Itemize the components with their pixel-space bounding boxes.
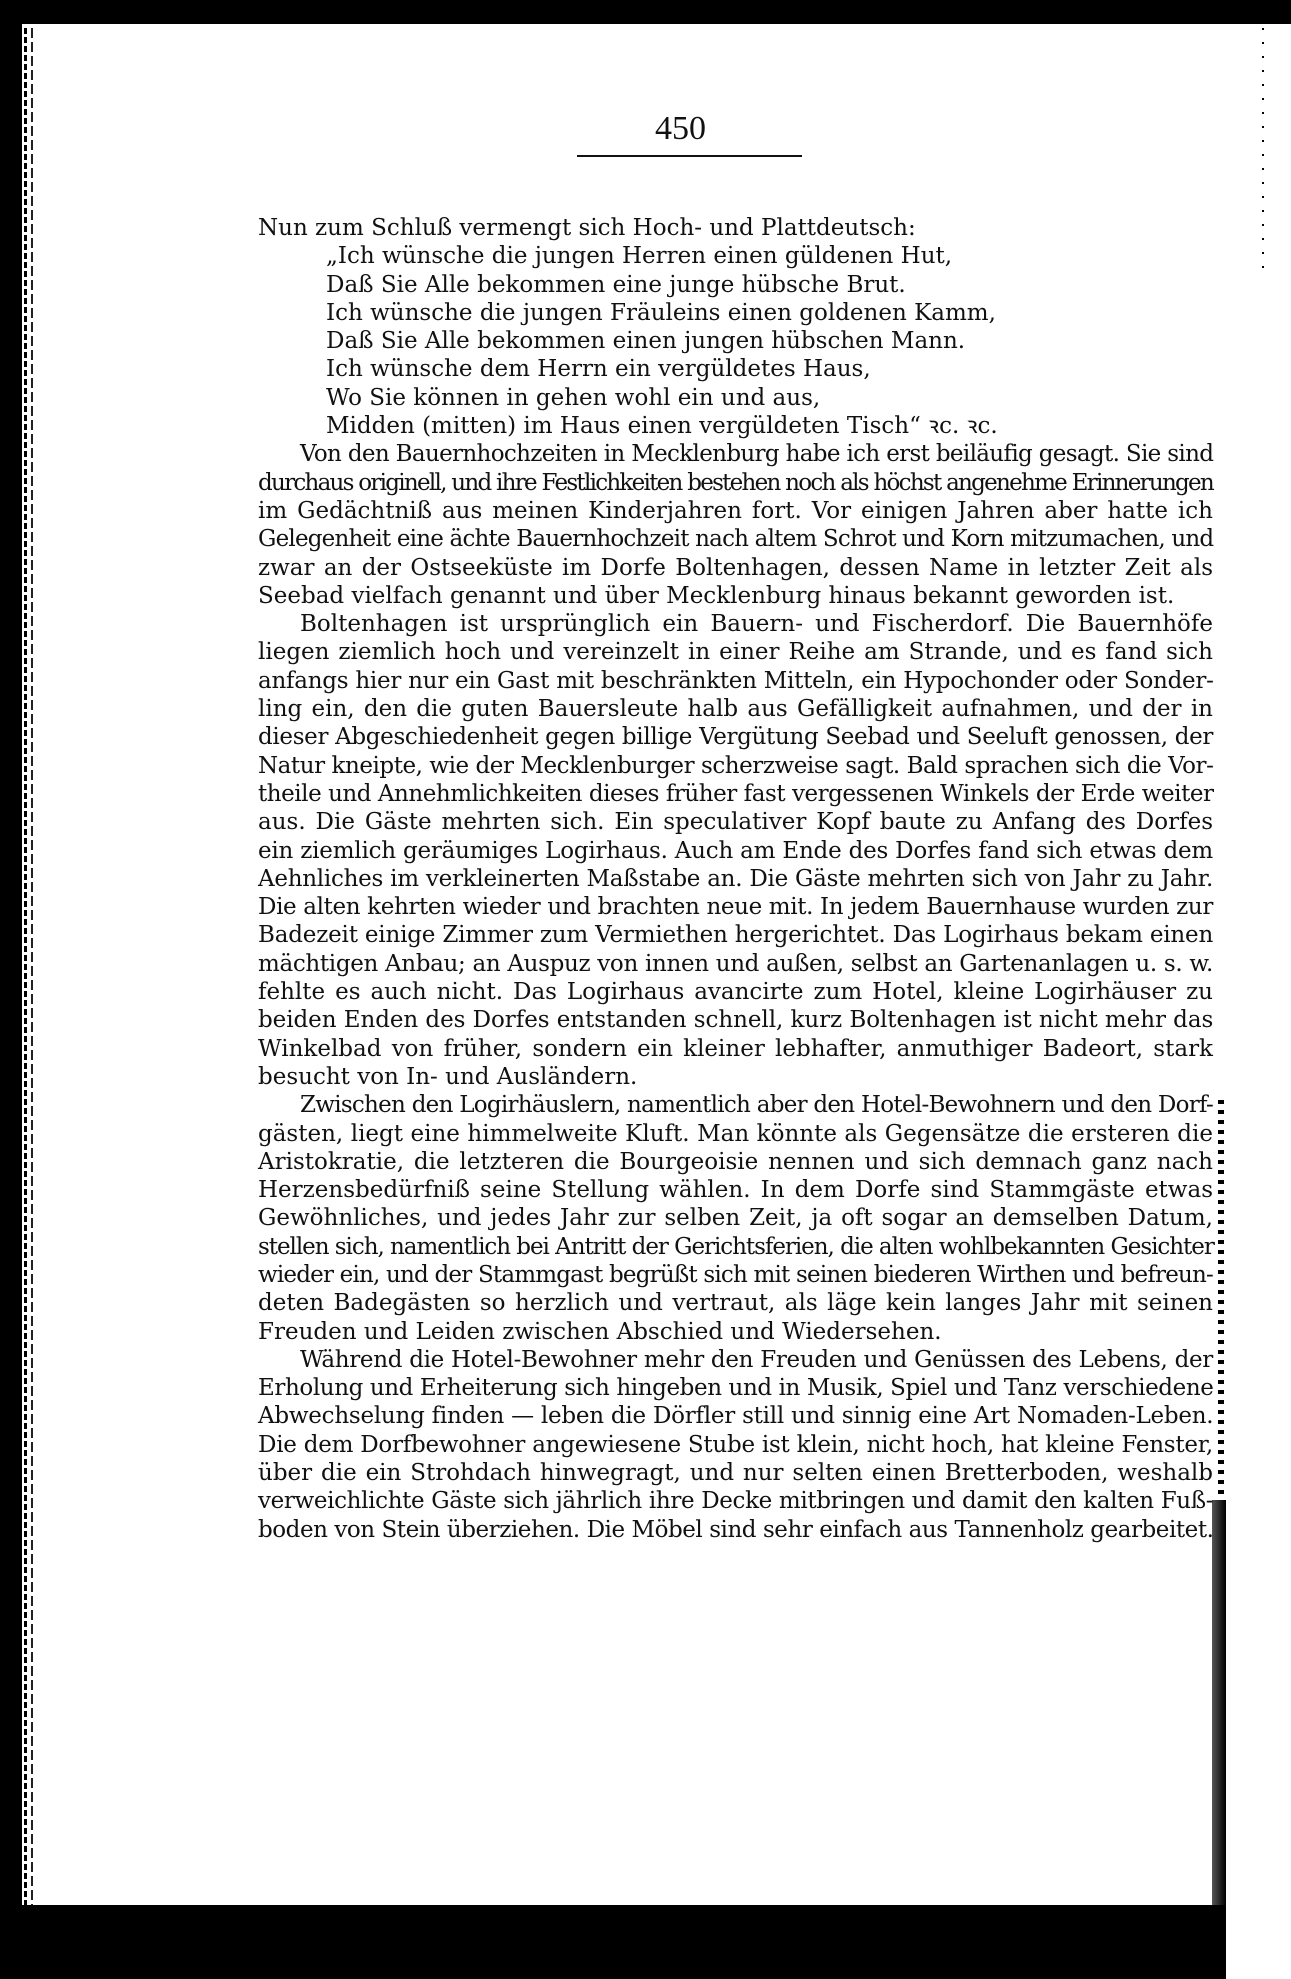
text-line: aus. Die Gäste mehrten sich. Ein specula… (258, 808, 1213, 836)
scan-edge-dots (1262, 0, 1264, 270)
text-line: verweichlichte Gäste sich jährlich ihre … (258, 1487, 1213, 1515)
verse-line: Daß Sie Alle bekommen einen jungen hübsc… (258, 327, 1213, 355)
verse-line: Ich wünsche die jungen Fräuleins einen g… (258, 299, 1213, 327)
verse-line: Wo Sie können in gehen wohl ein und aus, (258, 384, 1213, 412)
scan-bottom-border (0, 1905, 1226, 1979)
verse-line: Ich wünsche dem Herrn ein vergüldetes Ha… (258, 355, 1213, 383)
text-line: fehlte es auch nicht. Das Logirhaus avan… (258, 978, 1213, 1006)
text-line: Freuden und Leiden zwischen Abschied und… (258, 1318, 1213, 1346)
text-line: ling ein, den die guten Bauersleute halb… (258, 695, 1213, 723)
text-line: anfangs hier nur ein Gast mit beschränkt… (258, 667, 1213, 695)
text-line: zwar an der Ostseeküste im Dorfe Boltenh… (258, 554, 1213, 582)
text-line: Während die Hotel-Bewohner mehr den Freu… (258, 1346, 1213, 1374)
text-line: Natur kneipte, wie der Mecklenburger sch… (258, 752, 1213, 780)
header-rule (577, 155, 802, 157)
text-line: im Gedächtniß aus meinen Kinderjahren fo… (258, 497, 1213, 525)
text-line: über die ein Strohdach hinwegragt, und n… (258, 1459, 1213, 1487)
text-line: dieser Abgeschiedenheit gegen billige Ve… (258, 723, 1213, 751)
scan-top-border (0, 0, 1291, 24)
verse-line: „Ich wünsche die jungen Herren einen gül… (258, 242, 1213, 270)
text-line: liegen ziemlich hoch und vereinzelt in e… (258, 638, 1213, 666)
scan-right-shadow (1212, 1500, 1226, 1910)
verse-line: Daß Sie Alle bekommen eine junge hübsche… (258, 271, 1213, 299)
text-line: Von den Bauernhochzeiten in Mecklenburg … (258, 440, 1213, 468)
text-line: boden von Stein überziehen. Die Möbel si… (258, 1516, 1213, 1544)
text-line: Aristokratie, die letzteren die Bourgeoi… (258, 1148, 1213, 1176)
scan-binding-edge (0, 0, 22, 1979)
text-line: Seebad vielfach genannt und über Mecklen… (258, 582, 1213, 610)
scan-right-edge (1218, 1100, 1224, 1500)
text-line: Die dem Dorfbewohner angewiesene Stube i… (258, 1431, 1213, 1459)
text-line: mächtigen Anbau; an Auspuz von innen und… (258, 950, 1213, 978)
text-line: Badezeit einige Zimmer zum Vermiethen he… (258, 921, 1213, 949)
text-line: Boltenhagen ist ursprünglich ein Bauern-… (258, 610, 1213, 638)
scan-binding-line (24, 28, 27, 1979)
text-line: deten Badegästen so herzlich und vertrau… (258, 1289, 1213, 1317)
text-line: wieder ein, und der Stammgast begrüßt si… (258, 1261, 1213, 1289)
scan-binding-line (31, 28, 33, 1979)
text-line: stellen sich, namentlich bei Antritt der… (258, 1233, 1213, 1261)
text-line: Nun zum Schluß vermengt sich Hoch- und P… (258, 214, 1213, 242)
text-line: theile und Annehmlichkeiten dieses frühe… (258, 780, 1213, 808)
text-line: beiden Enden des Dorfes entstanden schne… (258, 1006, 1213, 1034)
text-line: Herzensbedürfniß seine Stellung wählen. … (258, 1176, 1213, 1204)
text-line: Abwechselung finden — leben die Dörfler … (258, 1402, 1213, 1430)
verse-line: Midden (mitten) im Haus einen vergüldete… (258, 412, 1213, 440)
text-line: durchaus originell, und ihre Festlichkei… (258, 469, 1213, 497)
text-line: Gelegenheit eine ächte Bauernhochzeit na… (258, 525, 1213, 553)
page-body-text: Nun zum Schluß vermengt sich Hoch- und P… (258, 214, 1213, 1544)
text-line: gästen, liegt eine himmelweite Kluft. Ma… (258, 1120, 1213, 1148)
text-line: besucht von In- und Ausländern. (258, 1063, 1213, 1091)
page-number: 450 (655, 110, 706, 148)
text-line: ein ziemlich geräumiges Logirhaus. Auch … (258, 837, 1213, 865)
text-line: Die alten kehrten wieder und brachten ne… (258, 893, 1213, 921)
text-line: Gewöhnliches, und jedes Jahr zur selben … (258, 1204, 1213, 1232)
text-line: Winkelbad von früher, sondern ein kleine… (258, 1035, 1213, 1063)
text-line: Zwischen den Logirhäuslern, namentlich a… (258, 1091, 1213, 1119)
text-line: Erholung und Erheiterung sich hingeben u… (258, 1374, 1213, 1402)
text-line: Aehnliches im verkleinerten Maßstabe an.… (258, 865, 1213, 893)
